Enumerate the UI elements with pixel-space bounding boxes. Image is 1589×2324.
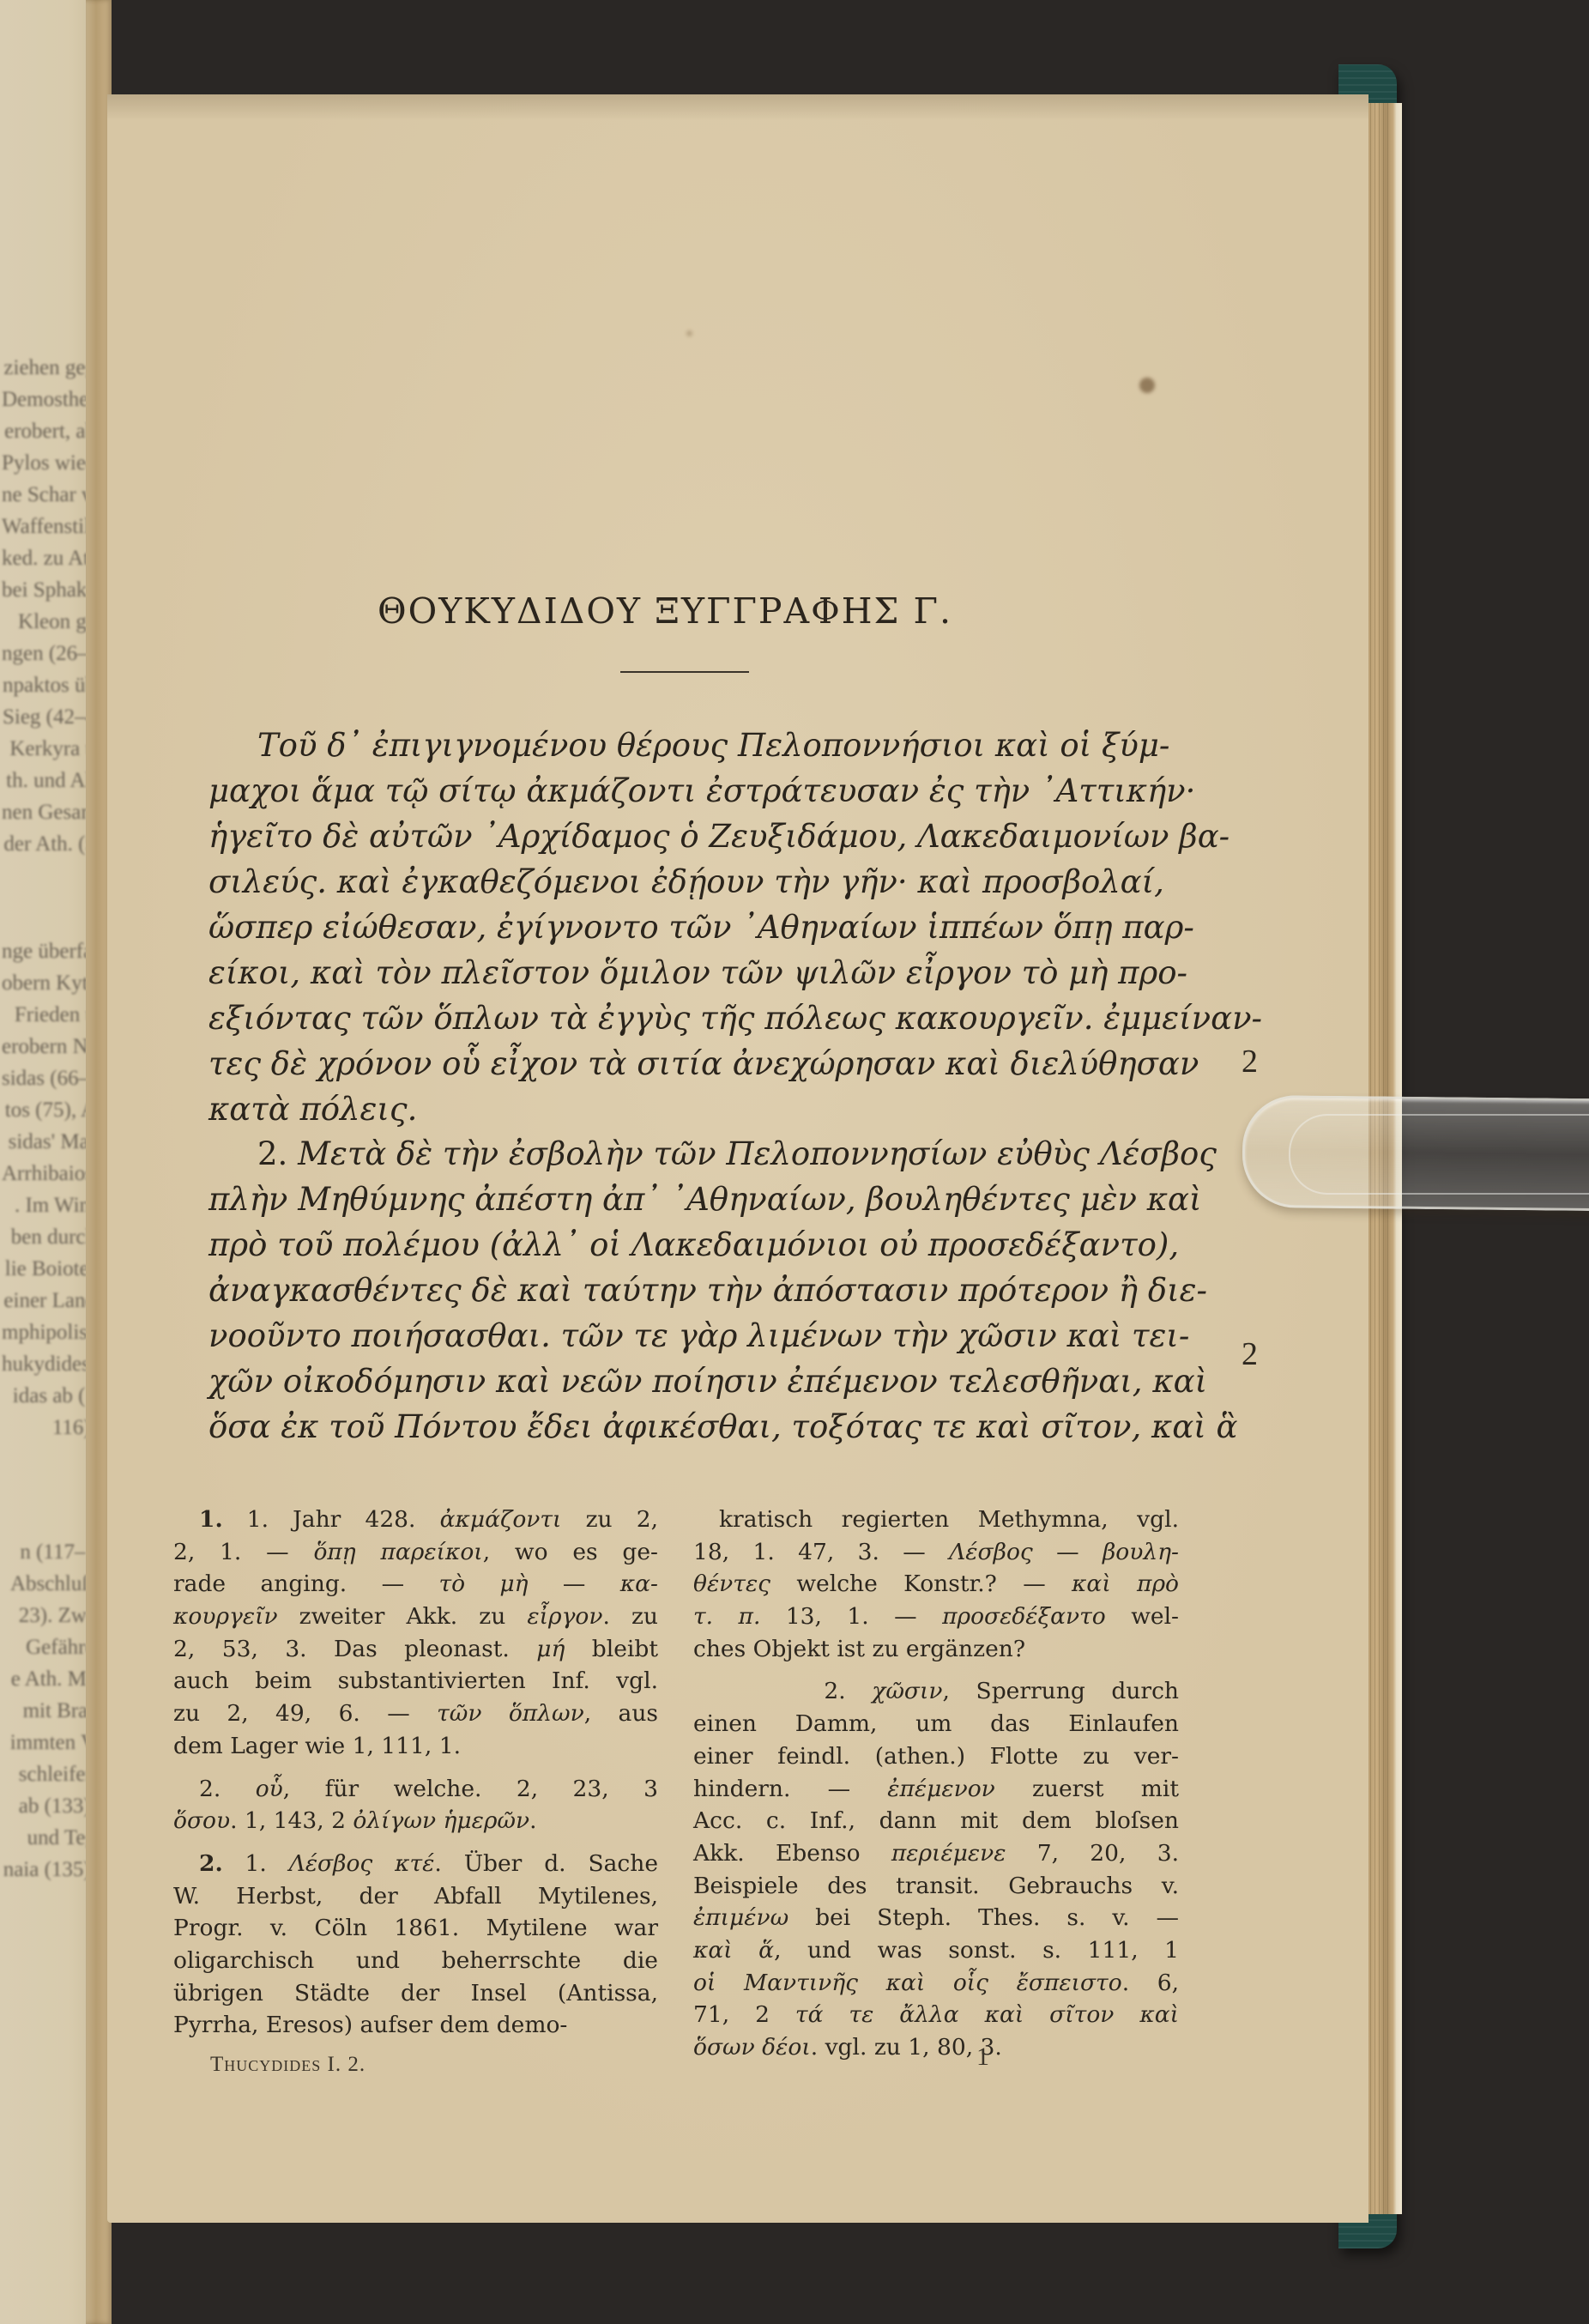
footnote-line: ἐπιμένω bei Steph. Thes. s. v. — bbox=[693, 1902, 1179, 1934]
footnote-line: οἱ Μαντινῆς καὶ οἷς ἔσπειστο. 6, bbox=[693, 1967, 1179, 2000]
margin-line-number: 2 bbox=[1242, 1335, 1258, 1373]
footnote-line: 2. 1. Λέσβος κτέ. Über d. Sache bbox=[173, 1848, 658, 1880]
footnote-line: ὅσου. 1, 143, 2 ὀλίγων ἡμερῶν. bbox=[173, 1805, 658, 1837]
previous-page-line: n (117–1 bbox=[2, 1536, 96, 1568]
previous-page-line: Demosthen bbox=[2, 384, 96, 415]
previous-page-line: nen Gesand bbox=[2, 796, 96, 828]
previous-page-line: naia (135). bbox=[2, 1854, 96, 1885]
note-gap bbox=[173, 1837, 658, 1848]
footnote-line: übrigen Städte der Insel (Antissa, bbox=[173, 1977, 658, 2010]
previous-page-line: und Teg bbox=[2, 1822, 96, 1854]
text-line: ἡγεῖτο δὲ αὐτῶν ᾽Αρχίδαμος ὁ Ζευξιδάμου,… bbox=[208, 814, 1212, 859]
previous-page-line: Abschluſs bbox=[2, 1568, 96, 1600]
footnote-line: auch beim substantivierten Inf. vgl. bbox=[173, 1665, 658, 1698]
section-number: 2. bbox=[257, 1131, 287, 1177]
footnote-line: oligarchisch und beherrschte die bbox=[173, 1945, 658, 1977]
previous-page-line: Frieden u bbox=[2, 999, 96, 1031]
footnote-line: Pyrrha, Eresos) aufser dem demo- bbox=[173, 2009, 658, 2042]
previous-page-line: hukydides d bbox=[2, 1348, 96, 1380]
footnote-line: rade anging. — τὸ μὴ — κα- bbox=[173, 1568, 658, 1601]
previous-page-line: Arrhibaios (8 bbox=[2, 1158, 96, 1189]
previous-page-line: Kleon ge bbox=[2, 606, 96, 638]
footnote-line: dem Lager wie 1, 111, 1. bbox=[173, 1730, 658, 1763]
previous-page-line: erobern Nis bbox=[2, 1031, 96, 1062]
text-line: πρὸ τοῦ πολέμου (ἀλλ᾽ οἱ Λακεδαιμόνιοι ο… bbox=[208, 1222, 1212, 1268]
chapter-title: ΘΟΥΚΥΔΙΔΟΥ ΞΥΓΓΡΑΦΗΣ Γ. bbox=[378, 590, 1064, 632]
previous-page-line: Sieg (42–4 bbox=[2, 701, 96, 733]
page-shadow bbox=[107, 94, 1368, 120]
previous-page-line: sidas (66–7 bbox=[2, 1062, 96, 1094]
previous-page-line: ked. zu Ath bbox=[2, 542, 96, 574]
footnote-line: 2. χῶσιν, Sperrung durch bbox=[693, 1675, 1179, 1708]
previous-page-line: erobert, ab bbox=[2, 415, 96, 447]
previous-page-line: bei Sphakte bbox=[2, 574, 96, 606]
text-line: εξιόντας τῶν ὅπλων τὰ ἐγγὺς τῆς πόλεως κ… bbox=[208, 996, 1212, 1041]
text-line: σιλεύς. καὶ ἐγκαθεζόμενοι ἐδῄουν τὴν γῆν… bbox=[208, 859, 1212, 905]
margin-line-number: 2 bbox=[1242, 1043, 1258, 1080]
text-line: χῶν οἰκοδόμησιν καὶ νεῶν ποίησιν ἐπέμενο… bbox=[208, 1359, 1212, 1404]
previous-page: ziehen gegDemosthenerobert, abPylos wied… bbox=[0, 0, 99, 2324]
previous-page-text-upper: ziehen gegDemosthenerobert, abPylos wied… bbox=[2, 352, 96, 860]
previous-page-line: idas ab (1 bbox=[2, 1380, 96, 1412]
previous-page-line: npaktos üb bbox=[2, 669, 96, 701]
previous-page-line: lie Boioter bbox=[2, 1253, 96, 1285]
footnote-line: Acc. c. Inf., dann mit dem bloſsen bbox=[693, 1805, 1179, 1837]
previous-page-line: nge überfal bbox=[2, 935, 96, 967]
footnote-line: 71, 2 τά τε ἄλλα καὶ σῖτον καὶ bbox=[693, 1999, 1179, 2031]
footnote-line: κουργεῖν zweiter Akk. zu εἶργον. zu bbox=[173, 1601, 658, 1633]
footnote-line: 1. 1. Jahr 428. ἀκμάζοντι zu 2, bbox=[173, 1504, 658, 1536]
footnote-line: 2, 1. — ὅπῃ παρείκοι, wo es ge- bbox=[173, 1536, 658, 1569]
greek-text-section-2: 2. Μετὰ δὲ τὴν ἐσβολὴν τῶν Πελοποννησίων… bbox=[208, 1131, 1212, 1449]
previous-page-text-lower: n (117–1Abschluſs23). ZweGefährde Ath. M… bbox=[2, 1536, 96, 1885]
previous-page-line: sidas' Mar bbox=[2, 1126, 96, 1158]
footnote-line: ὅσων δέοι. vgl. zu 1, 80, 3. bbox=[693, 2031, 1179, 2064]
note-gap bbox=[693, 1665, 1179, 1675]
previous-page-line: der Ath. (5 bbox=[2, 828, 96, 860]
previous-page-line: e Ath. Me bbox=[2, 1663, 96, 1695]
previous-page-line: th. und Ah bbox=[2, 765, 96, 796]
previous-page-line: Waffenstillst bbox=[2, 511, 96, 542]
footnote-line: 18, 1. 47, 3. — Λέσβος — βουλη- bbox=[693, 1536, 1179, 1569]
previous-page-line: tos (75), A bbox=[2, 1094, 96, 1126]
text-line: τες δὲ χρόνον οὗ εἶχον τὰ σιτία ἀνεχώρησ… bbox=[208, 1041, 1212, 1086]
footnote-line: Beispiele des transit. Gebrauchs v. bbox=[693, 1870, 1179, 1903]
footnote-line: 2. οὗ, für welche. 2, 23, 3 bbox=[173, 1773, 658, 1806]
previous-page-line: ben durch bbox=[2, 1221, 96, 1253]
previous-page-line: ngen (26–3 bbox=[2, 638, 96, 669]
text-line: ἀναγκασθέντες δὲ καὶ ταύτην τὴν ἀπόστασι… bbox=[208, 1268, 1212, 1313]
previous-page-text-middle: nge überfalobern KythFrieden uerobern Ni… bbox=[2, 935, 96, 1443]
text-line: ὅσα ἐκ τοῦ Πόντου ἔδει ἀφικέσθαι, τοξότα… bbox=[208, 1404, 1212, 1449]
previous-page-line: Pylos wied bbox=[2, 447, 96, 479]
text-line: πλὴν Μηθύμνης ἀπέστη ἀπ᾽ ᾽Αθηναίων, βουλ… bbox=[208, 1177, 1212, 1222]
greek-text-section-1: Τοῦ δ᾽ ἐπιγιγνομένου θέρους Πελοποννήσιο… bbox=[208, 723, 1212, 1132]
previous-page-line: immten V bbox=[2, 1727, 96, 1758]
previous-page-line: Kerkyra u bbox=[2, 733, 96, 765]
footnote-line: einen Damm, um das Einlaufen bbox=[693, 1708, 1179, 1740]
foxing-spot bbox=[1139, 378, 1155, 393]
footnote-line: hindern. — ἐπέμενον zuerst mit bbox=[693, 1773, 1179, 1806]
previous-page-line: schleifen bbox=[2, 1758, 96, 1790]
footnotes-right-column: kratisch regierten Methymna, vgl.18, 1. … bbox=[693, 1504, 1179, 2064]
text-line: είκοι, καὶ τὸν πλεῖστον ὅμιλον τῶν ψιλῶν… bbox=[208, 950, 1212, 996]
previous-page-line: mphipolis u bbox=[2, 1316, 96, 1348]
text-line: κατὰ πόλεις. bbox=[208, 1086, 1212, 1132]
footnote-line: ches Objekt ist zu ergänzen? bbox=[693, 1633, 1179, 1666]
note-gap bbox=[173, 1763, 658, 1773]
previous-page-line: 116). bbox=[2, 1412, 96, 1443]
text-line: νοοῦντο ποιήσασθαι. τῶν τε γὰρ λιμένων τ… bbox=[208, 1313, 1212, 1359]
footnotes-left-column: 1. 1. Jahr 428. ἀκμάζοντι zu 2,2, 1. — ὅ… bbox=[173, 1504, 658, 2042]
footnote-line: καὶ ἅ, und was sonst. s. 111, 1 bbox=[693, 1934, 1179, 1967]
signature-mark: Thucydides I. 2. bbox=[210, 2053, 366, 2077]
text-line: Τοῦ δ᾽ ἐπιγιγνομένου θέρους Πελοποννήσιο… bbox=[208, 723, 1212, 768]
previous-page-line: ziehen geg bbox=[2, 352, 96, 384]
previous-page-line: einer Land bbox=[2, 1285, 96, 1316]
footnote-line: 2, 53, 3. Das pleonast. μή bleibt bbox=[173, 1633, 658, 1666]
text-line: 2. Μετὰ δὲ τὴν ἐσβολὴν τῶν Πελοποννησίων… bbox=[208, 1131, 1212, 1177]
previous-page-line: ne Schar vo bbox=[2, 479, 96, 511]
footnote-line: kratisch regierten Methymna, vgl. bbox=[693, 1504, 1179, 1536]
previous-page-line: obern Kyth bbox=[2, 967, 96, 999]
bookmark-clip-highlight bbox=[1289, 1114, 1589, 1195]
footnote-line: Akk. Ebenso περιέμενε 7, 20, 3. bbox=[693, 1837, 1179, 1870]
title-rule bbox=[620, 671, 749, 673]
previous-page-line: ab (133). bbox=[2, 1790, 96, 1822]
text-line: μαχοι ἅμα τῷ σίτῳ ἀκμάζοντι ἐστράτευσαν … bbox=[208, 768, 1212, 814]
previous-page-line: . Im Wint bbox=[2, 1189, 96, 1221]
previous-page-line: mit Bras bbox=[2, 1695, 96, 1727]
previous-page-line: 23). Zwe bbox=[2, 1600, 96, 1631]
footnote-line: θέντες welche Konstr.? — καὶ πρὸ bbox=[693, 1568, 1179, 1601]
text-line: ὥσπερ εἰώθεσαν, ἐγίγνοντο τῶν ᾽Αθηναίων … bbox=[208, 905, 1212, 950]
footnote-line: zu 2, 49, 6. — τῶν ὅπλων, aus bbox=[173, 1698, 658, 1730]
foxing-spot bbox=[686, 330, 692, 336]
previous-page-line: Gefährd bbox=[2, 1631, 96, 1663]
footnote-line: einer feindl. (athen.) Flotte zu ver- bbox=[693, 1740, 1179, 1773]
footnote-line: Progr. v. Cöln 1861. Mytilene war bbox=[173, 1912, 658, 1945]
page-number: 1 bbox=[976, 2043, 989, 2072]
footnote-line: τ. π. 13, 1. — προσεδέξαντο wel- bbox=[693, 1601, 1179, 1633]
footnote-line: W. Herbst, der Abfall Mytilenes, bbox=[173, 1880, 658, 1913]
